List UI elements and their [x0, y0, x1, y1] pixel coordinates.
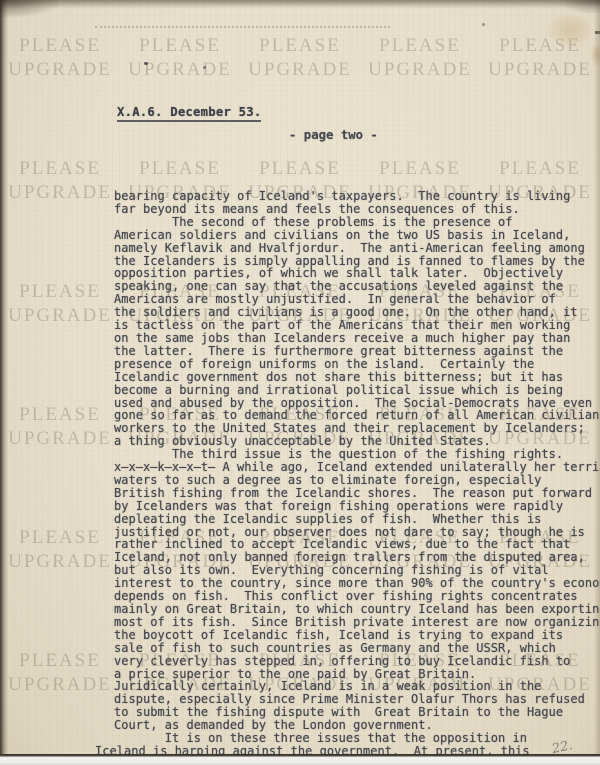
ink-speck	[144, 62, 148, 65]
typed-line: waters to such a degree as to eliminate …	[114, 474, 600, 487]
ink-speck	[203, 66, 206, 69]
typed-text-body: bearing capacity of Iceland's taxpayers.…	[114, 190, 600, 756]
typed-line: presence of foreign uniforms on the isla…	[114, 358, 600, 371]
typed-line: sale of fish to such countries as German…	[114, 642, 600, 655]
typed-line: far beyond its means and feels the conse…	[114, 203, 600, 216]
paper-stain	[548, 14, 592, 46]
document-reference: X.A.6. December 53.	[117, 105, 261, 122]
typed-line: The second of these problems is the pres…	[114, 216, 600, 229]
watermark-text: PLEASEUPGRADE	[360, 33, 480, 82]
typed-line: very cleverly has stepped in, offering t…	[114, 655, 600, 668]
typed-line: depleating the Icelandic supplies of fis…	[114, 513, 600, 526]
typed-line: most of its fish. Since British private …	[114, 616, 600, 629]
scanned-document-page: PLEASEUPGRADEPLEASEUPGRADEPLEASEUPGRADEP…	[0, 0, 600, 756]
page-label: - page two -	[289, 128, 378, 142]
typed-line: become a burning and irrational politica…	[114, 384, 600, 397]
typed-line: Icelandic government dos not share this …	[114, 371, 600, 384]
typed-line: the latter. There is furthermore great b…	[114, 345, 600, 358]
scanner-bed-strip	[0, 754, 600, 765]
watermark-text: PLEASEUPGRADE	[240, 33, 360, 82]
scan-edge-shadow-right	[594, 0, 600, 756]
scan-corner-shadow	[560, 0, 600, 14]
perforation-dots	[95, 26, 390, 28]
scan-edge-shadow-top	[0, 0, 600, 9]
watermark-text: PLEASEUPGRADE	[0, 156, 120, 205]
watermark-text: PLEASEUPGRADE	[0, 648, 120, 697]
typed-line: American soldiers and civilians on the t…	[114, 229, 600, 242]
typed-line: x̶x̶x̶k̶x̶x̶t̶ A while ago, Iceland exte…	[114, 461, 600, 474]
watermark-text: PLEASEUPGRADE	[0, 279, 120, 328]
scan-corner-shadow	[0, 0, 60, 18]
watermark-text: PLEASEUPGRADE	[0, 402, 120, 451]
watermark-text: PLEASEUPGRADE	[0, 33, 120, 82]
typed-line: bearing capacity of Iceland's taxpayers.…	[114, 190, 600, 203]
watermark-text: PLEASEUPGRADE	[0, 525, 120, 574]
typed-line: by Icelanders was that foreign fishing o…	[114, 500, 600, 513]
typed-line: mainly on Great Britain, to which countr…	[114, 603, 600, 616]
typed-line: the boycott of Icelandic fish, Iceland i…	[114, 629, 600, 642]
ink-speck	[482, 23, 485, 26]
typed-line: British fishing from the Icelandic shore…	[114, 487, 600, 500]
typed-line: namely Keflavik and Hvalfjordur. The ant…	[114, 242, 600, 255]
scan-edge-shadow-left	[0, 0, 8, 756]
watermark-text: PLEASEUPGRADE	[120, 33, 240, 82]
typed-line: on the same jobs than Icelanders receive…	[114, 332, 600, 345]
